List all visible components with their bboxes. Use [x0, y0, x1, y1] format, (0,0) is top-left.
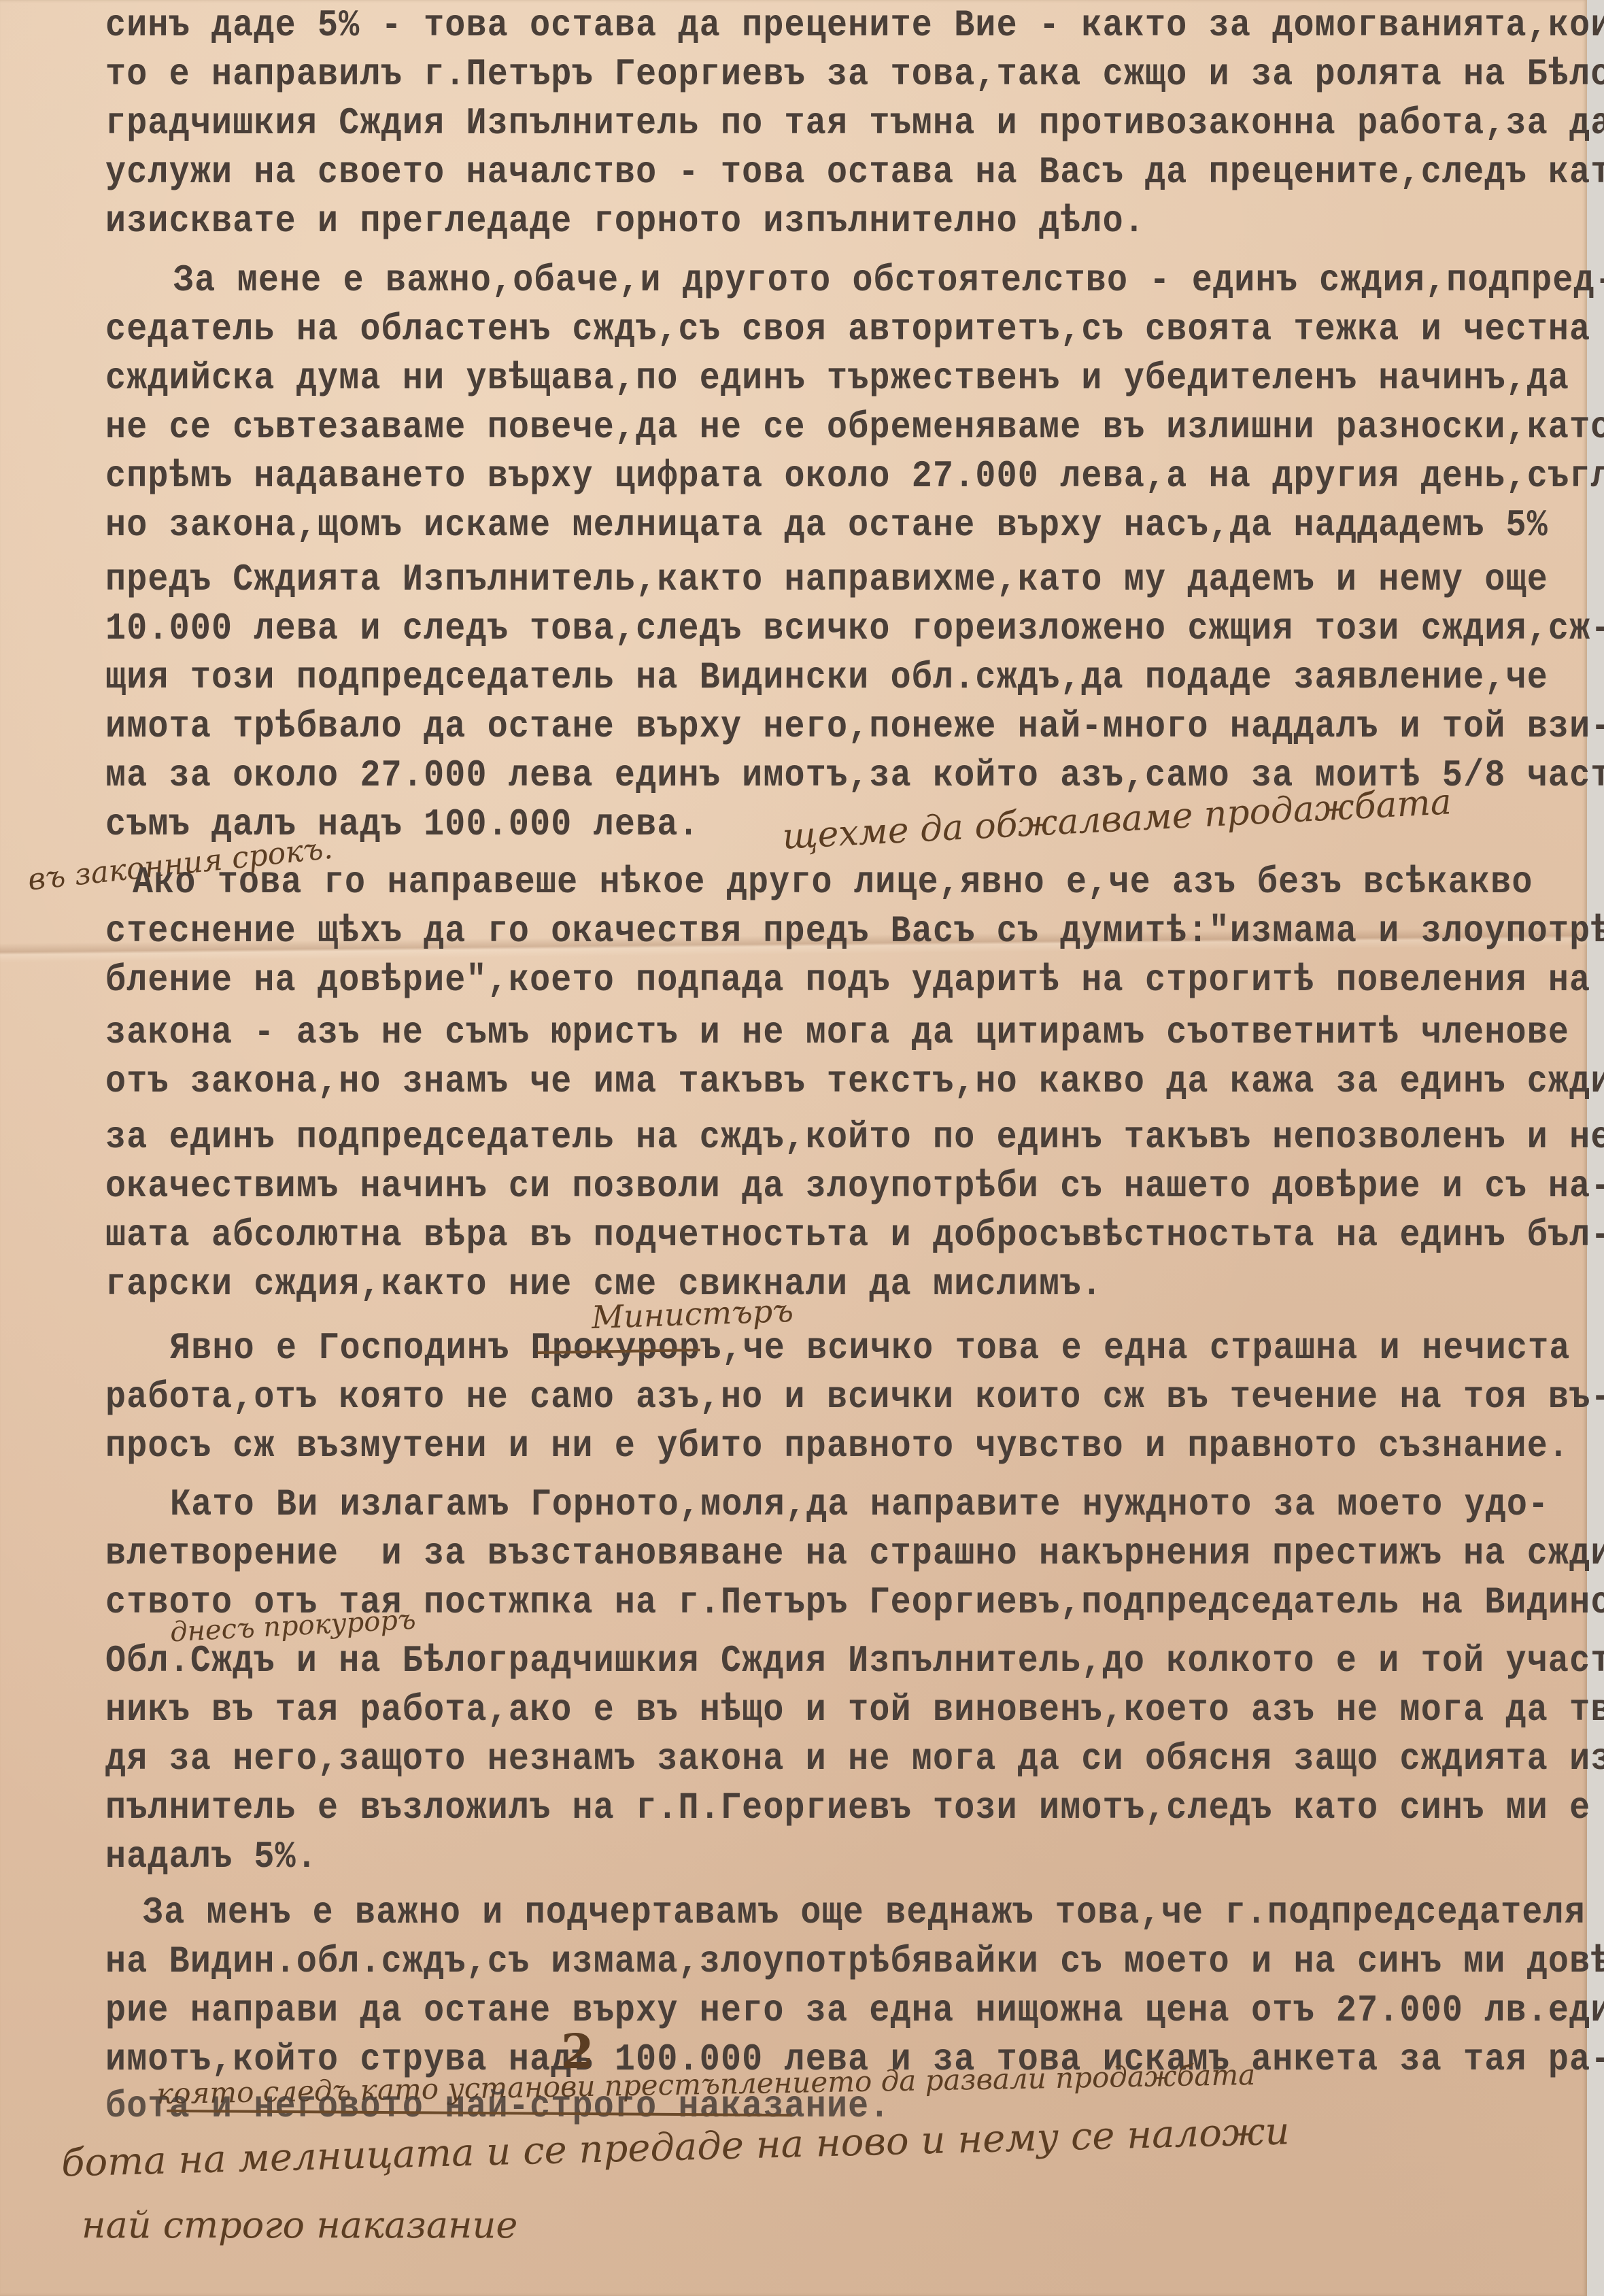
typed-line: окачествимъ начинъ си позволи да злоупот… [105, 1164, 1604, 1210]
typed-line: но закона,щомъ искаме мелницата да остан… [105, 503, 1548, 549]
typed-line: изисквате и прегледаде горното изпълните… [105, 199, 1145, 245]
typed-line: отъ закона,но знамъ че има такъвъ текстъ… [105, 1060, 1604, 1105]
typed-line: пълнитель е възложилъ на г.П.Георгиевъ т… [105, 1786, 1590, 1831]
typed-line: на Видин.обл.сждъ,съ измама,злоупотрѣбяв… [105, 1940, 1604, 1985]
typed-line: влетворение и за възстановяване на страш… [105, 1532, 1604, 1577]
typed-line: сждийска дума ни увѣщава,по единъ тържес… [105, 356, 1569, 402]
typed-line: съмъ далъ надъ 100.000 лева. [105, 803, 700, 848]
typed-line: Ако това го направеше нѣкое друго лице,я… [133, 860, 1533, 906]
typed-line: то е направилъ г.Петъръ Георгиевъ за тов… [105, 52, 1604, 98]
handwritten-note-strict-punishment: най строго наказание [82, 2204, 517, 2246]
typed-line: спрѣмъ надаването върху цифрата около 27… [105, 454, 1604, 500]
typed-line: шата абсолютна вѣра въ подчетностьта и д… [105, 1213, 1604, 1259]
typed-line: синъ даде 5% - това остава да прецените … [105, 3, 1604, 49]
typed-line: предъ Сждията Изпълнитель,както направих… [105, 558, 1548, 603]
typed-line: бление на довѣрие",което подпада подъ уд… [105, 958, 1590, 1004]
typed-line: Като Ви излагамъ Горното,моля,да направи… [170, 1483, 1549, 1528]
typed-line: дя за него,защото незнамъ закона и не мо… [105, 1737, 1604, 1783]
typed-line: закона - азъ не съмъ юристъ и не мога да… [105, 1011, 1569, 1056]
typed-line: 10.000 лева и следъ това,следъ всичко го… [105, 607, 1604, 652]
typed-line: Обл.Сждъ и на Бѣлоградчишкия Сждия Изпъл… [105, 1639, 1604, 1685]
typed-line: никъ въ тая работа,ако е въ нѣщо и той в… [105, 1688, 1604, 1734]
typed-line: седатель на областенъ сждъ,съ своя автор… [105, 307, 1590, 353]
typed-line: За мене е важно,обаче,и другото обстояте… [173, 258, 1604, 304]
typed-line: надалъ 5%. [105, 1835, 318, 1880]
letter-page: синъ даде 5% - това остава да прецените … [0, 0, 1587, 2296]
typed-line: За менъ е важно и подчертавамъ още ведна… [143, 1891, 1586, 1936]
typed-line: рие направи да остане върху него за една… [105, 1989, 1604, 2034]
typed-line: просъ сж възмутени и ни е убито правното… [105, 1424, 1569, 1470]
typed-line: имота трѣбвало да остане върху него,поне… [105, 705, 1604, 750]
typed-line: за единъ подпредседатель на сждъ,който п… [105, 1115, 1604, 1161]
typed-line: стеснение щѣхъ да го окачествя предъ Вас… [105, 909, 1604, 955]
typed-line: Явно е Господинъ Прокуроръ,че всичко тов… [170, 1326, 1571, 1372]
typed-line: услужи на своето началство - това остава… [105, 150, 1604, 196]
typed-line: градчишкия Сждия Изпълнитель по тая тъмн… [105, 101, 1604, 147]
typed-line: не се съвтезаваме повече,да не се обреме… [105, 405, 1604, 451]
typed-line: работа,отъ която не само азъ,но и всички… [105, 1375, 1604, 1421]
typed-line: щия този подпредседатель на Видински обл… [105, 656, 1548, 701]
